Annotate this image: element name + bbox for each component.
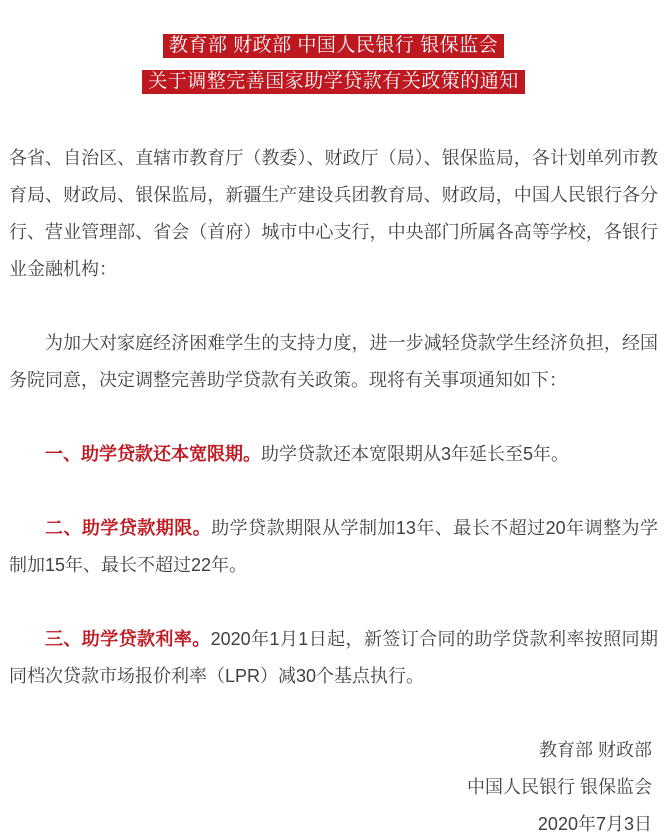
document-header: 教育部 财政部 中国人民银行 银保监会 关于调整完善国家助学贷款有关政策的通知 <box>9 33 658 94</box>
header-issuers-highlight: 教育部 财政部 中国人民银行 银保监会 <box>163 34 504 58</box>
policy-item-2-label: 二、助学贷款期限。 <box>45 518 211 538</box>
policy-item-3: 三、助学贷款利率。2020年1月1日起，新签订合同的助学贷款利率按照同期同档次贷… <box>9 621 658 695</box>
notice-document: 教育部 财政部 中国人民银行 银保监会 关于调整完善国家助学贷款有关政策的通知 … <box>0 0 666 839</box>
recipients-paragraph: 各省、自治区、直辖市教育厅（教委）、财政厅（局）、银保监局，各计划单列市教育局、… <box>9 140 658 288</box>
signature-issuers-1: 教育部 财政部 <box>9 732 652 769</box>
document-title-highlight: 关于调整完善国家助学贷款有关政策的通知 <box>142 70 525 94</box>
document-body: 各省、自治区、直辖市教育厅（教委）、财政厅（局）、银保监局，各计划单列市教育局、… <box>9 140 658 695</box>
policy-item-1-label: 一、助学贷款还本宽限期。 <box>45 444 261 464</box>
intro-paragraph: 为加大对家庭经济困难学生的支持力度，进一步减轻贷款学生经济负担，经国务院同意，决… <box>9 325 658 399</box>
policy-item-1-text: 助学贷款还本宽限期从3年延长至5年。 <box>261 444 569 464</box>
policy-item-1: 一、助学贷款还本宽限期。助学贷款还本宽限期从3年延长至5年。 <box>9 436 658 473</box>
header-title-line: 关于调整完善国家助学贷款有关政策的通知 <box>9 69 658 94</box>
signature-block: 教育部 财政部 中国人民银行 银保监会 2020年7月3日 <box>9 732 658 839</box>
policy-item-3-label: 三、助学贷款利率。 <box>45 629 211 649</box>
policy-item-2: 二、助学贷款期限。助学贷款期限从学制加13年、最长不超过20年调整为学制加15年… <box>9 510 658 584</box>
header-issuers-line: 教育部 财政部 中国人民银行 银保监会 <box>9 33 658 58</box>
signature-issuers-2: 中国人民银行 银保监会 <box>9 769 652 806</box>
signature-date: 2020年7月3日 <box>9 806 652 839</box>
